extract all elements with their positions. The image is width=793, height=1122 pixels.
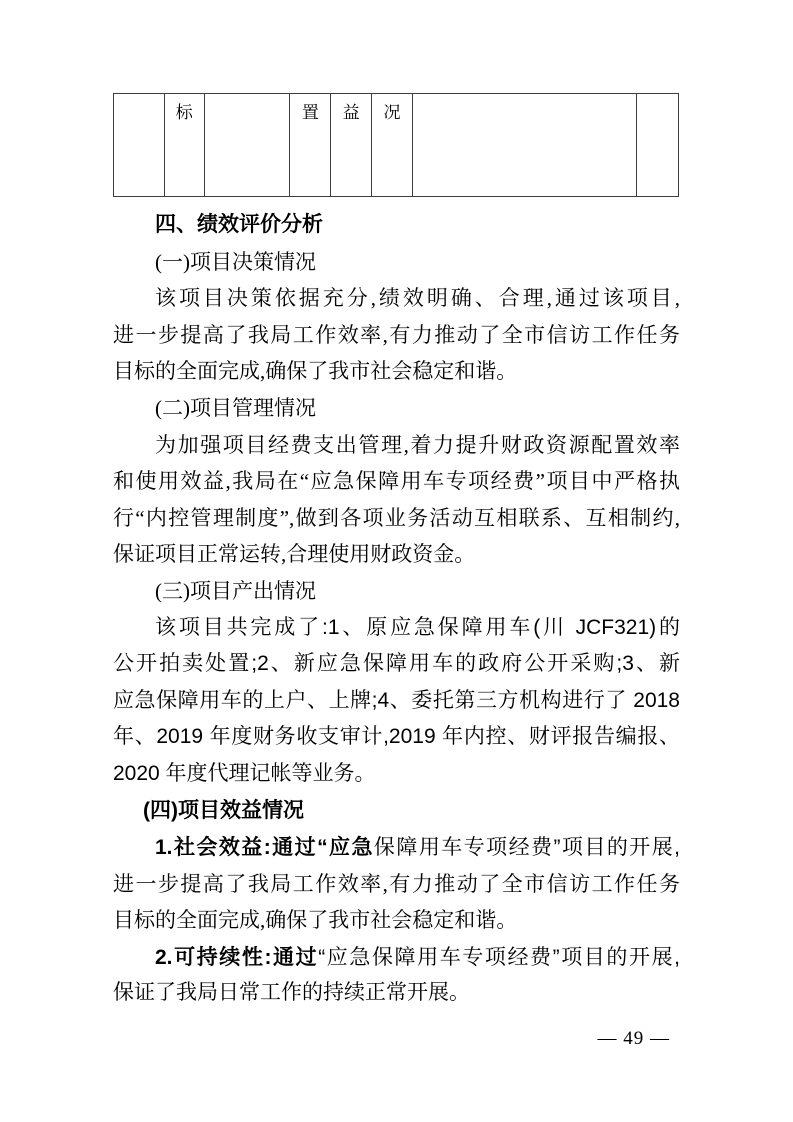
paragraph-line: 2020 年度代理记帐等业务。 (113, 756, 680, 793)
table-cell (637, 94, 678, 196)
subsection-heading-4: (四)项目效益情况 (113, 793, 680, 830)
paragraph-line: 和使用效益,我局在“应急保障用车专项经费”项目中严格执 (113, 463, 680, 500)
paragraph-line: 2.可持续性:通过“应急保障用车专项经费”项目的开展, (113, 939, 680, 976)
table-cell: 益 (331, 94, 372, 196)
paragraph-line: 进一步提高了我局工作效率,有力推动了全市信访工作任务 (113, 317, 680, 354)
bold-run: 1.社会效益:通过“应急 (155, 836, 374, 859)
regular-run: “应急保障用车专项经费”项目的开展, (318, 946, 680, 969)
table-cell: 置 (290, 94, 331, 196)
table-cell (205, 94, 291, 196)
section-heading: 四、绩效评价分析 (113, 207, 680, 244)
bold-run: 2.可持续性:通过 (155, 946, 318, 969)
paragraph-line: 1.社会效益:通过“应急保障用车专项经费”项目的开展, (113, 829, 680, 866)
paragraph-line: 年、2019 年度财务收支审计,2019 年内控、财评报告编报、 (113, 719, 680, 756)
paragraph-line: 为加强项目经费支出管理,着力提升财政资源配置效率 (113, 427, 680, 464)
paragraph-line: 目标的全面完成,确保了我市社会稳定和谐。 (113, 902, 680, 939)
paragraph-line: 该项目共完成了:1、原应急保障用车(川 JCF321)的 (113, 610, 680, 647)
table-cell (114, 94, 165, 196)
paragraph-line: 保证了我局日常工作的持续正常开展。 (113, 975, 680, 1012)
paragraph-line: 目标的全面完成,确保了我市社会稳定和谐。 (113, 353, 680, 390)
table-cell: 标 (165, 94, 205, 196)
paragraph-line: 公开拍卖处置;2、新应急保障用车的政府公开采购;3、新 (113, 646, 680, 683)
table-cell: 况 (372, 94, 413, 196)
paragraph-line: 保证项目正常运转,合理使用财政资金。 (113, 536, 680, 573)
paragraph-line: 该项目决策依据充分,绩效明确、合理,通过该项目, (113, 280, 680, 317)
footer-page-number: — 49 — (598, 1026, 671, 1052)
subsection-heading-1: (一)项目决策情况 (113, 244, 680, 281)
regular-run: 保障用车专项经费”项目的开展, (374, 836, 680, 859)
paragraph-line: 进一步提高了我局工作效率,有力推动了全市信访工作任务 (113, 866, 680, 903)
subsection-heading-3: (三)项目产出情况 (113, 573, 680, 610)
table-cell (413, 94, 637, 196)
document-page: { "colors": { "background": "#ffffff", "… (0, 0, 793, 1122)
paragraph-line: 应急保障用车的上户、上牌;4、委托第三方机构进行了 2018 (113, 683, 680, 720)
table-fragment: 标 置 益 况 (113, 93, 679, 197)
document-body: 四、绩效评价分析 (一)项目决策情况 该项目决策依据充分,绩效明确、合理,通过该… (113, 207, 680, 1012)
subsection-heading-2: (二)项目管理情况 (113, 390, 680, 427)
paragraph-line: 行“内控管理制度”,做到各项业务活动互相联系、互相制约, (113, 500, 680, 537)
